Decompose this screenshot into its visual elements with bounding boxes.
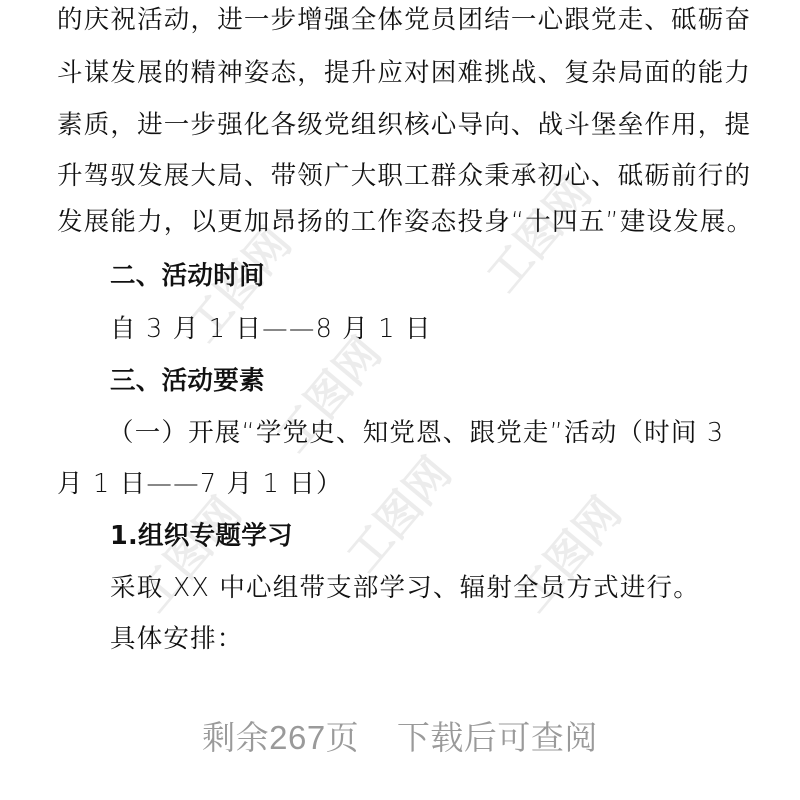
download-hint: 下载后可查阅 xyxy=(397,719,598,756)
watermark: 工图网 xyxy=(329,441,463,583)
remaining-pages-notice: 剩余267页 下载后可查阅 xyxy=(0,712,800,759)
body-paragraph-line: 斗谋发展的精神姿态，提升应对困难挑战、复杂局面的能力 xyxy=(57,56,747,90)
item-description: 采取 XX 中心组带支部学习、辐射全员方式进行。 xyxy=(110,571,800,605)
item-heading-study: 1.组织专题学习 xyxy=(110,519,800,553)
remaining-pages-count: 剩余267页 xyxy=(202,719,359,756)
body-paragraph-line: 升驾驭发展大局、带领广大职工群众秉承初心、砥砺前行的 xyxy=(57,159,747,193)
section-heading-time: 二、活动时间 xyxy=(110,259,800,293)
subsection-title-line1: （一）开展“学党史、知党恩、跟党走”活动（时间 3 xyxy=(108,416,798,450)
body-paragraph-line: 发展能力，以更加昂扬的工作姿态投身“十四五”建设发展。 xyxy=(57,205,747,239)
body-paragraph-line: 的庆祝活动，进一步增强全体党员团结一心跟党走、砥砺奋 xyxy=(57,3,747,37)
document-page: 工图网 工图网 工图网 工图网 工图网 工图网 的庆祝活动，进一步增强全体党员团… xyxy=(0,0,800,800)
activity-date-range: 自 3 月 1 日——8 月 1 日 xyxy=(110,312,800,346)
item-arrangement-label: 具体安排： xyxy=(110,622,800,656)
subsection-title-line2: 月 1 日——7 月 1 日） xyxy=(57,467,747,501)
section-heading-elements: 三、活动要素 xyxy=(110,364,800,398)
body-paragraph-line: 素质，进一步强化各级党组织核心导向、战斗堡垒作用，提 xyxy=(57,108,747,142)
